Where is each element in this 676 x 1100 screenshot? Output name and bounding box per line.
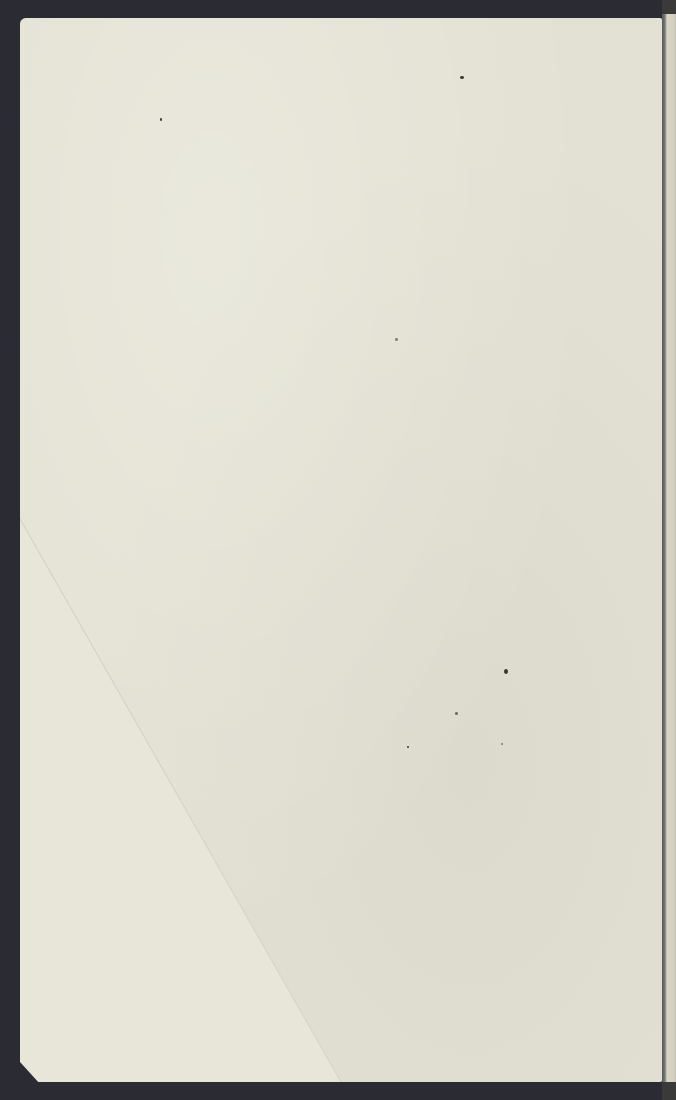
paper-speck <box>395 338 398 341</box>
paper-speck <box>407 746 409 748</box>
paper-speck <box>455 712 458 715</box>
page-fold-region <box>20 18 662 1082</box>
spine-top <box>662 0 676 14</box>
spine-bottom <box>662 1082 676 1100</box>
blank-book-page <box>20 18 662 1082</box>
paper-speck <box>501 743 503 745</box>
book-spine-edge <box>662 0 676 1100</box>
paper-speck <box>160 118 162 121</box>
paper-speck <box>460 76 464 79</box>
paper-speck <box>504 669 508 674</box>
